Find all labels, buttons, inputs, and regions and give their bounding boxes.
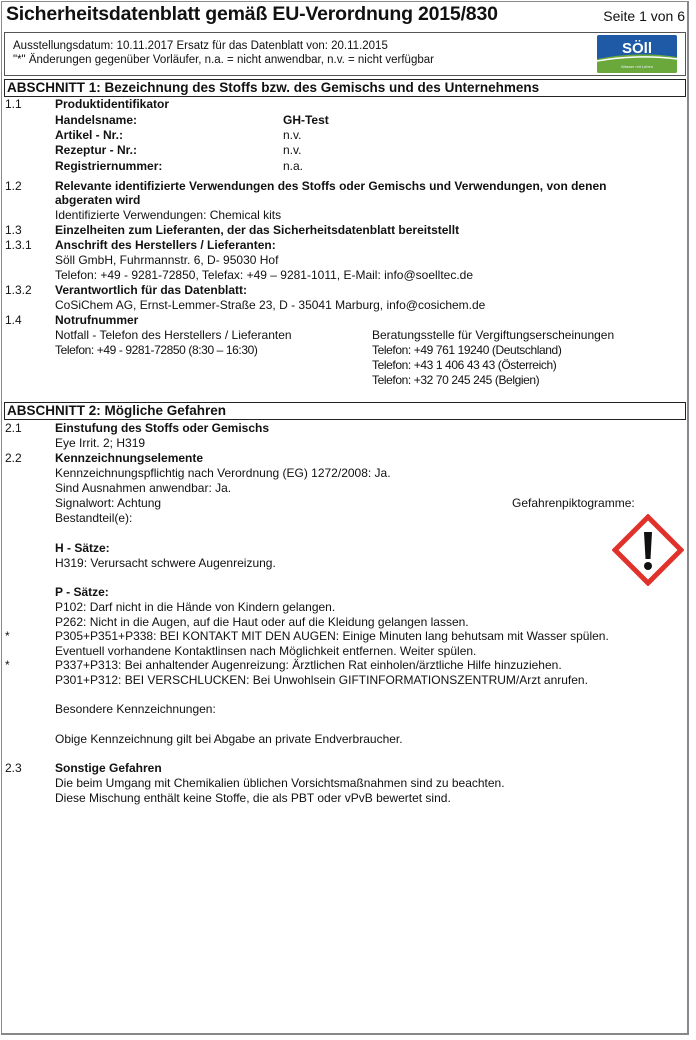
- poison-center-phone: Telefon: +32 70 245 245 (Belgien): [372, 373, 539, 387]
- subsection-title: Notrufnummer: [55, 313, 138, 327]
- soell-logo: SÖll Wasser mit Leben: [597, 35, 677, 73]
- subsection-title: Sonstige Gefahren: [55, 761, 162, 775]
- p-statement: P301+P312: BEI VERSCHLUCKEN: Bei Unwohls…: [55, 673, 588, 687]
- section-number: 1.4: [5, 313, 22, 327]
- subsection-title: Einzelheiten zum Lieferanten, der das Si…: [55, 223, 459, 237]
- section-number: 1.3.1: [5, 238, 32, 252]
- poison-center-phone: Telefon: +43 1 406 43 43 (Österreich): [372, 358, 556, 372]
- svg-text:Wasser mit Leben: Wasser mit Leben: [621, 64, 653, 69]
- field-label: Registriernummer:: [55, 159, 162, 173]
- p-statement: Eventuell vorhandene Kontaktlinsen nach …: [55, 644, 476, 658]
- section-number: 1.1: [5, 97, 22, 111]
- issue-date-line: Ausstellungsdatum: 10.11.2017 Ersatz für…: [13, 40, 388, 52]
- change-marker: *: [5, 629, 10, 643]
- manufacturer-address: Söll GmbH, Fuhrmannstr. 6, D- 95030 Hof: [55, 253, 278, 267]
- document-info-box: Ausstellungsdatum: 10.11.2017 Ersatz für…: [4, 32, 686, 76]
- special-labelling-label: Besondere Kennzeichnungen:: [55, 702, 216, 716]
- manufacturer-contact: Telefon: +49 - 9281-72850, Telefax: +49 …: [55, 268, 473, 282]
- subsection-title: Anschrift des Herstellers / Lieferanten:: [55, 238, 276, 252]
- section-2-heading: ABSCHNITT 2: Mögliche Gefahren: [4, 402, 686, 420]
- identified-uses: Identifizierte Verwendungen: Chemical ki…: [55, 208, 281, 222]
- registration-number-value: n.a.: [283, 159, 303, 173]
- change-marker: *: [5, 658, 10, 672]
- exemptions: Sind Ausnahmen anwendbar: Ja.: [55, 481, 231, 495]
- exclamation-mark-pictogram-icon: [612, 514, 684, 586]
- svg-text:SÖll: SÖll: [622, 40, 652, 57]
- section-number: 1.2: [5, 179, 22, 193]
- h-statements-title: H - Sätze:: [55, 541, 110, 555]
- subsection-title-cont: abgeraten wird: [55, 193, 140, 207]
- section-number: 1.3: [5, 223, 22, 237]
- subsection-title: Produktidentifikator: [55, 97, 169, 111]
- page-number: Seite 1 von 6: [603, 8, 685, 24]
- subsection-title: Einstufung des Stoffs oder Gemischs: [55, 421, 269, 435]
- subsection-title: Relevante identifizierte Verwendungen de…: [55, 179, 606, 193]
- section-1-heading: ABSCHNITT 1: Bezeichnung des Stoffs bzw.…: [4, 79, 686, 97]
- field-label: Artikel - Nr.:: [55, 128, 123, 142]
- section-number: 2.2: [5, 451, 22, 465]
- field-label: Rezeptur - Nr.:: [55, 143, 137, 157]
- recipe-number-value: n.v.: [283, 143, 301, 157]
- emergency-right-title: Beratungsstelle für Vergiftungserscheinu…: [372, 328, 614, 342]
- section-number: 1.3.2: [5, 283, 32, 297]
- h-statement: H319: Verursacht schwere Augenreizung.: [55, 556, 276, 570]
- section-number: 2.3: [5, 761, 22, 775]
- p-statement: P102: Darf nicht in die Hände von Kinder…: [55, 600, 335, 614]
- trade-name-value: GH-Test: [283, 113, 329, 127]
- subsection-title: Kennzeichnungselemente: [55, 451, 203, 465]
- poison-center-phone: Telefon: +49 761 19240 (Deutschland): [372, 343, 561, 357]
- signal-word: Signalwort: Achtung: [55, 496, 161, 510]
- p-statements-title: P - Sätze:: [55, 585, 109, 599]
- labelling-requirement: Kennzeichnungspflichtig nach Verordnung …: [55, 466, 391, 480]
- emergency-left-phone: Telefon: +49 - 9281-72850 (8:30 – 16:30): [55, 343, 258, 357]
- p-statement: P337+P313: Bei anhaltender Augenreizung:…: [55, 658, 562, 672]
- components-label: Bestandteil(e):: [55, 511, 132, 525]
- legend-line: "*" Änderungen gegenüber Vorläufer, n.a.…: [13, 54, 434, 66]
- classification: Eye Irrit. 2; H319: [55, 436, 145, 450]
- document-title: Sicherheitsdatenblatt gemäß EU-Verordnun…: [6, 3, 498, 26]
- article-number-value: n.v.: [283, 128, 301, 142]
- pictograms-label: Gefahrenpiktogramme:: [512, 496, 635, 510]
- emergency-left-title: Notfall - Telefon des Herstellers / Lief…: [55, 328, 292, 342]
- responsible-party: CoSiChem AG, Ernst-Lemmer-Straße 23, D -…: [55, 298, 485, 312]
- special-labelling-text: Obige Kennzeichnung gilt bei Abgabe an p…: [55, 732, 403, 746]
- subsection-title: Verantwortlich für das Datenblatt:: [55, 283, 247, 297]
- section-number: 2.1: [5, 421, 22, 435]
- p-statement: P305+P351+P338: BEI KONTAKT MIT DEN AUGE…: [55, 629, 609, 643]
- other-hazards-line: Die beim Umgang mit Chemikalien üblichen…: [55, 776, 505, 790]
- field-label: Handelsname:: [55, 113, 137, 127]
- p-statement: P262: Nicht in die Augen, auf die Haut o…: [55, 615, 469, 629]
- other-hazards-line: Diese Mischung enthält keine Stoffe, die…: [55, 791, 451, 805]
